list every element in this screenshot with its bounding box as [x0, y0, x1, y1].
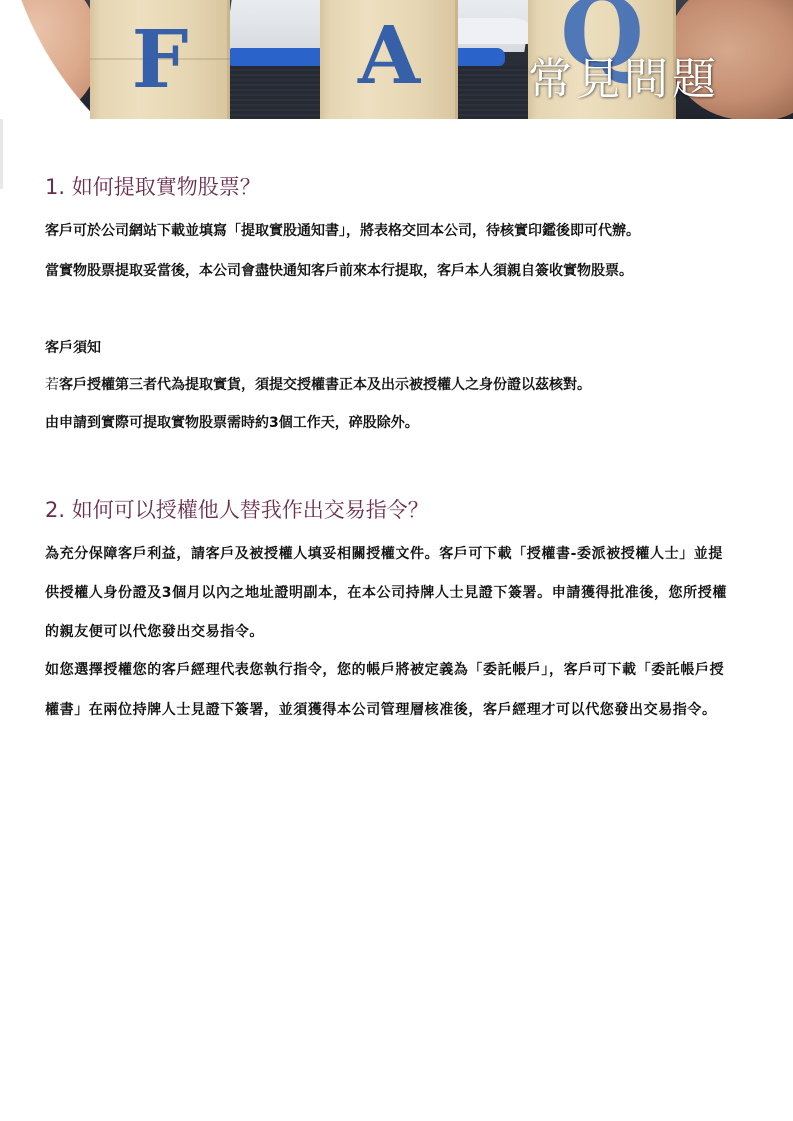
- page-title: 常見問題: [528, 52, 720, 108]
- banner-paper-corner: [455, 18, 535, 44]
- customer-notice-item-1: 若客戶授權第三者代為提取實貨，須提交授權書正本及出示被授權人之身份證以茲核對。: [45, 366, 591, 404]
- customer-notice-heading: 客戶須知: [45, 330, 101, 366]
- faq-answer-1-paragraph-1: 客戶可於公司網站下載並填寫「提取實股通知書」，將表格交回本公司，待核實印鑑後即可…: [45, 212, 640, 250]
- faq-banner: F A Q 常見問題: [0, 0, 793, 119]
- notice-item-1-first-char: 若: [45, 377, 59, 393]
- customer-notice-item-2: 由申請到實際可提取實物股票需時約3個工作天，碎股除外。: [45, 404, 419, 442]
- letter-block-f: F: [90, 0, 230, 119]
- faq-answer-2-paragraph-2: 如您選擇授權您的客戶經理代表您執行指令，您的帳戶將被定義為「委託帳戶」，客戶可下…: [45, 650, 735, 730]
- faq-answer-1-paragraph-2: 當實物股票提取妥當後，本公司會盡快通知客戶前來本行提取，客戶本人須親自簽收實物股…: [45, 252, 633, 290]
- faq-question-2-heading: 2. 如何可以授權他人替我作出交易指令？: [45, 491, 429, 529]
- faq-answer-2-paragraph-1: 為充分保障客戶利益，請客戶及被授權人填妥相關授權文件。客戶可下載「授權書-委派被…: [45, 535, 735, 652]
- letter-f: F: [90, 14, 230, 104]
- faq-question-1-heading: 1. 如何提取實物股票？: [45, 168, 261, 206]
- letter-block-a: A: [320, 0, 458, 119]
- left-margin-rule: [0, 119, 3, 189]
- notice-item-1-text: 客戶授權第三者代為提取實貨，須提交授權書正本及出示被授權人之身份證以茲核對。: [59, 377, 591, 393]
- letter-a: A: [320, 10, 458, 100]
